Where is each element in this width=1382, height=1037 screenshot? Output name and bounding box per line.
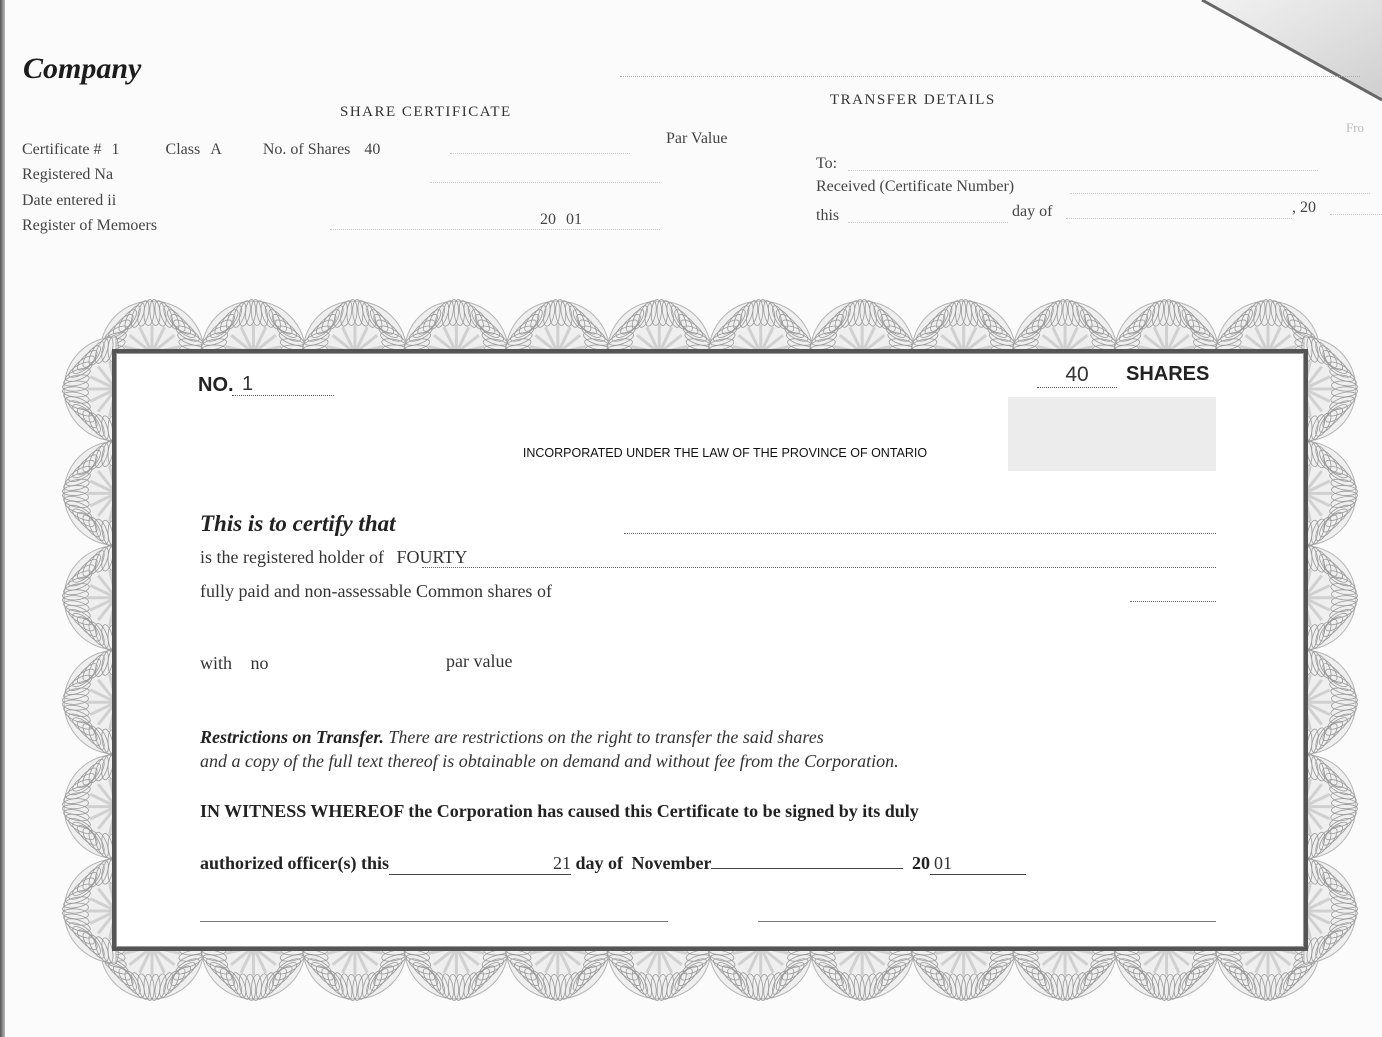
certificate-no-value: 1 [232,373,334,396]
paid-label: fully paid and non-assessable Common sha… [200,581,552,602]
holder-name-line [624,533,1216,534]
holder-shares-words: FOURTY [396,547,467,567]
certify-label: This is to certify that [200,511,396,537]
register-year-prefix: 20 [540,211,556,228]
transfer-from-label: Fro [1346,120,1364,136]
registered-name-label: Registered Na [22,166,113,184]
num-shares-value: 40 [364,141,380,158]
company-label: Company [23,52,141,86]
stub-certificate-row: Certificate # 1 Class A No. of Shares 40 [22,141,380,159]
month-line [711,868,903,869]
class-value: A [210,141,221,158]
transfer-to-label: To: [816,155,837,173]
signature-line-right[interactable] [758,921,1216,922]
day-value: 21 [389,853,571,875]
authorized-label: authorized officer(s) this [200,853,389,873]
scan-edge-shadow [0,0,5,1037]
incorporated-statement: INCORPORATED UNDER THE LAW OF THE PROVIN… [116,446,1304,460]
page-corner-fold [1182,0,1382,110]
with-label: with [200,653,232,673]
restrictions-text: Restrictions on Transfer. There are rest… [200,725,899,773]
par-value-label: par value [446,651,512,672]
transfer-this-label: this [816,207,839,225]
holder-label: is the registered holder of [200,547,384,567]
par-value-row: with no [200,653,269,674]
register-year: 20 01 [540,211,582,229]
certificate-number-value: 1 [112,141,120,158]
register-year-value: 01 [566,211,582,228]
holder-shares-row: is the registered holder of FOURTY [200,547,467,568]
date-entered-label: Date entered ii [22,192,116,210]
shares-label: SHARES [1126,363,1209,386]
day-of-label: day of [575,853,623,873]
transfer-year-prefix: , 20 [1292,199,1316,217]
witness-statement: IN WITNESS WHEREOF the Corporation has c… [200,801,919,822]
transfer-details-heading: TRANSFER DETAILS [830,92,996,109]
year-prefix: 20 [912,853,930,873]
transfer-day-of-label: day of [1012,203,1052,221]
class-label: Class [166,141,201,158]
company-name-line-cert [1130,601,1216,602]
restrictions-heading: Restrictions on Transfer. [200,727,384,747]
transfer-received-label: Received (Certificate Number) [816,178,1014,196]
certificate-number-label: Certificate # [22,141,102,158]
par-value-label: Par Value [666,130,727,148]
certificate-no-label: NO. [198,374,234,397]
with-value: no [251,653,269,673]
restrictions-line2: and a copy of the full text thereof is o… [200,751,899,771]
year-value: 01 [930,853,1026,875]
share-certificate: NO. 1 40 SHARES INCORPORATED UNDER THE L… [40,285,1382,1035]
certificate-frame: NO. 1 40 SHARES INCORPORATED UNDER THE L… [112,349,1308,951]
company-name-line [620,76,1360,77]
restrictions-line1: There are restrictions on the right to t… [388,727,823,747]
shares-words-line [422,567,1216,568]
num-shares-label: No. of Shares [263,141,351,158]
share-certificate-heading: SHARE CERTIFICATE [340,104,512,121]
signature-line-left[interactable] [200,921,668,922]
month-value: November [631,853,711,873]
shares-count-value: 40 [1037,363,1117,388]
register-of-members-label: Register of Memoers [22,217,157,235]
authorization-date-row: authorized officer(s) this21 day of Nove… [200,853,1026,875]
